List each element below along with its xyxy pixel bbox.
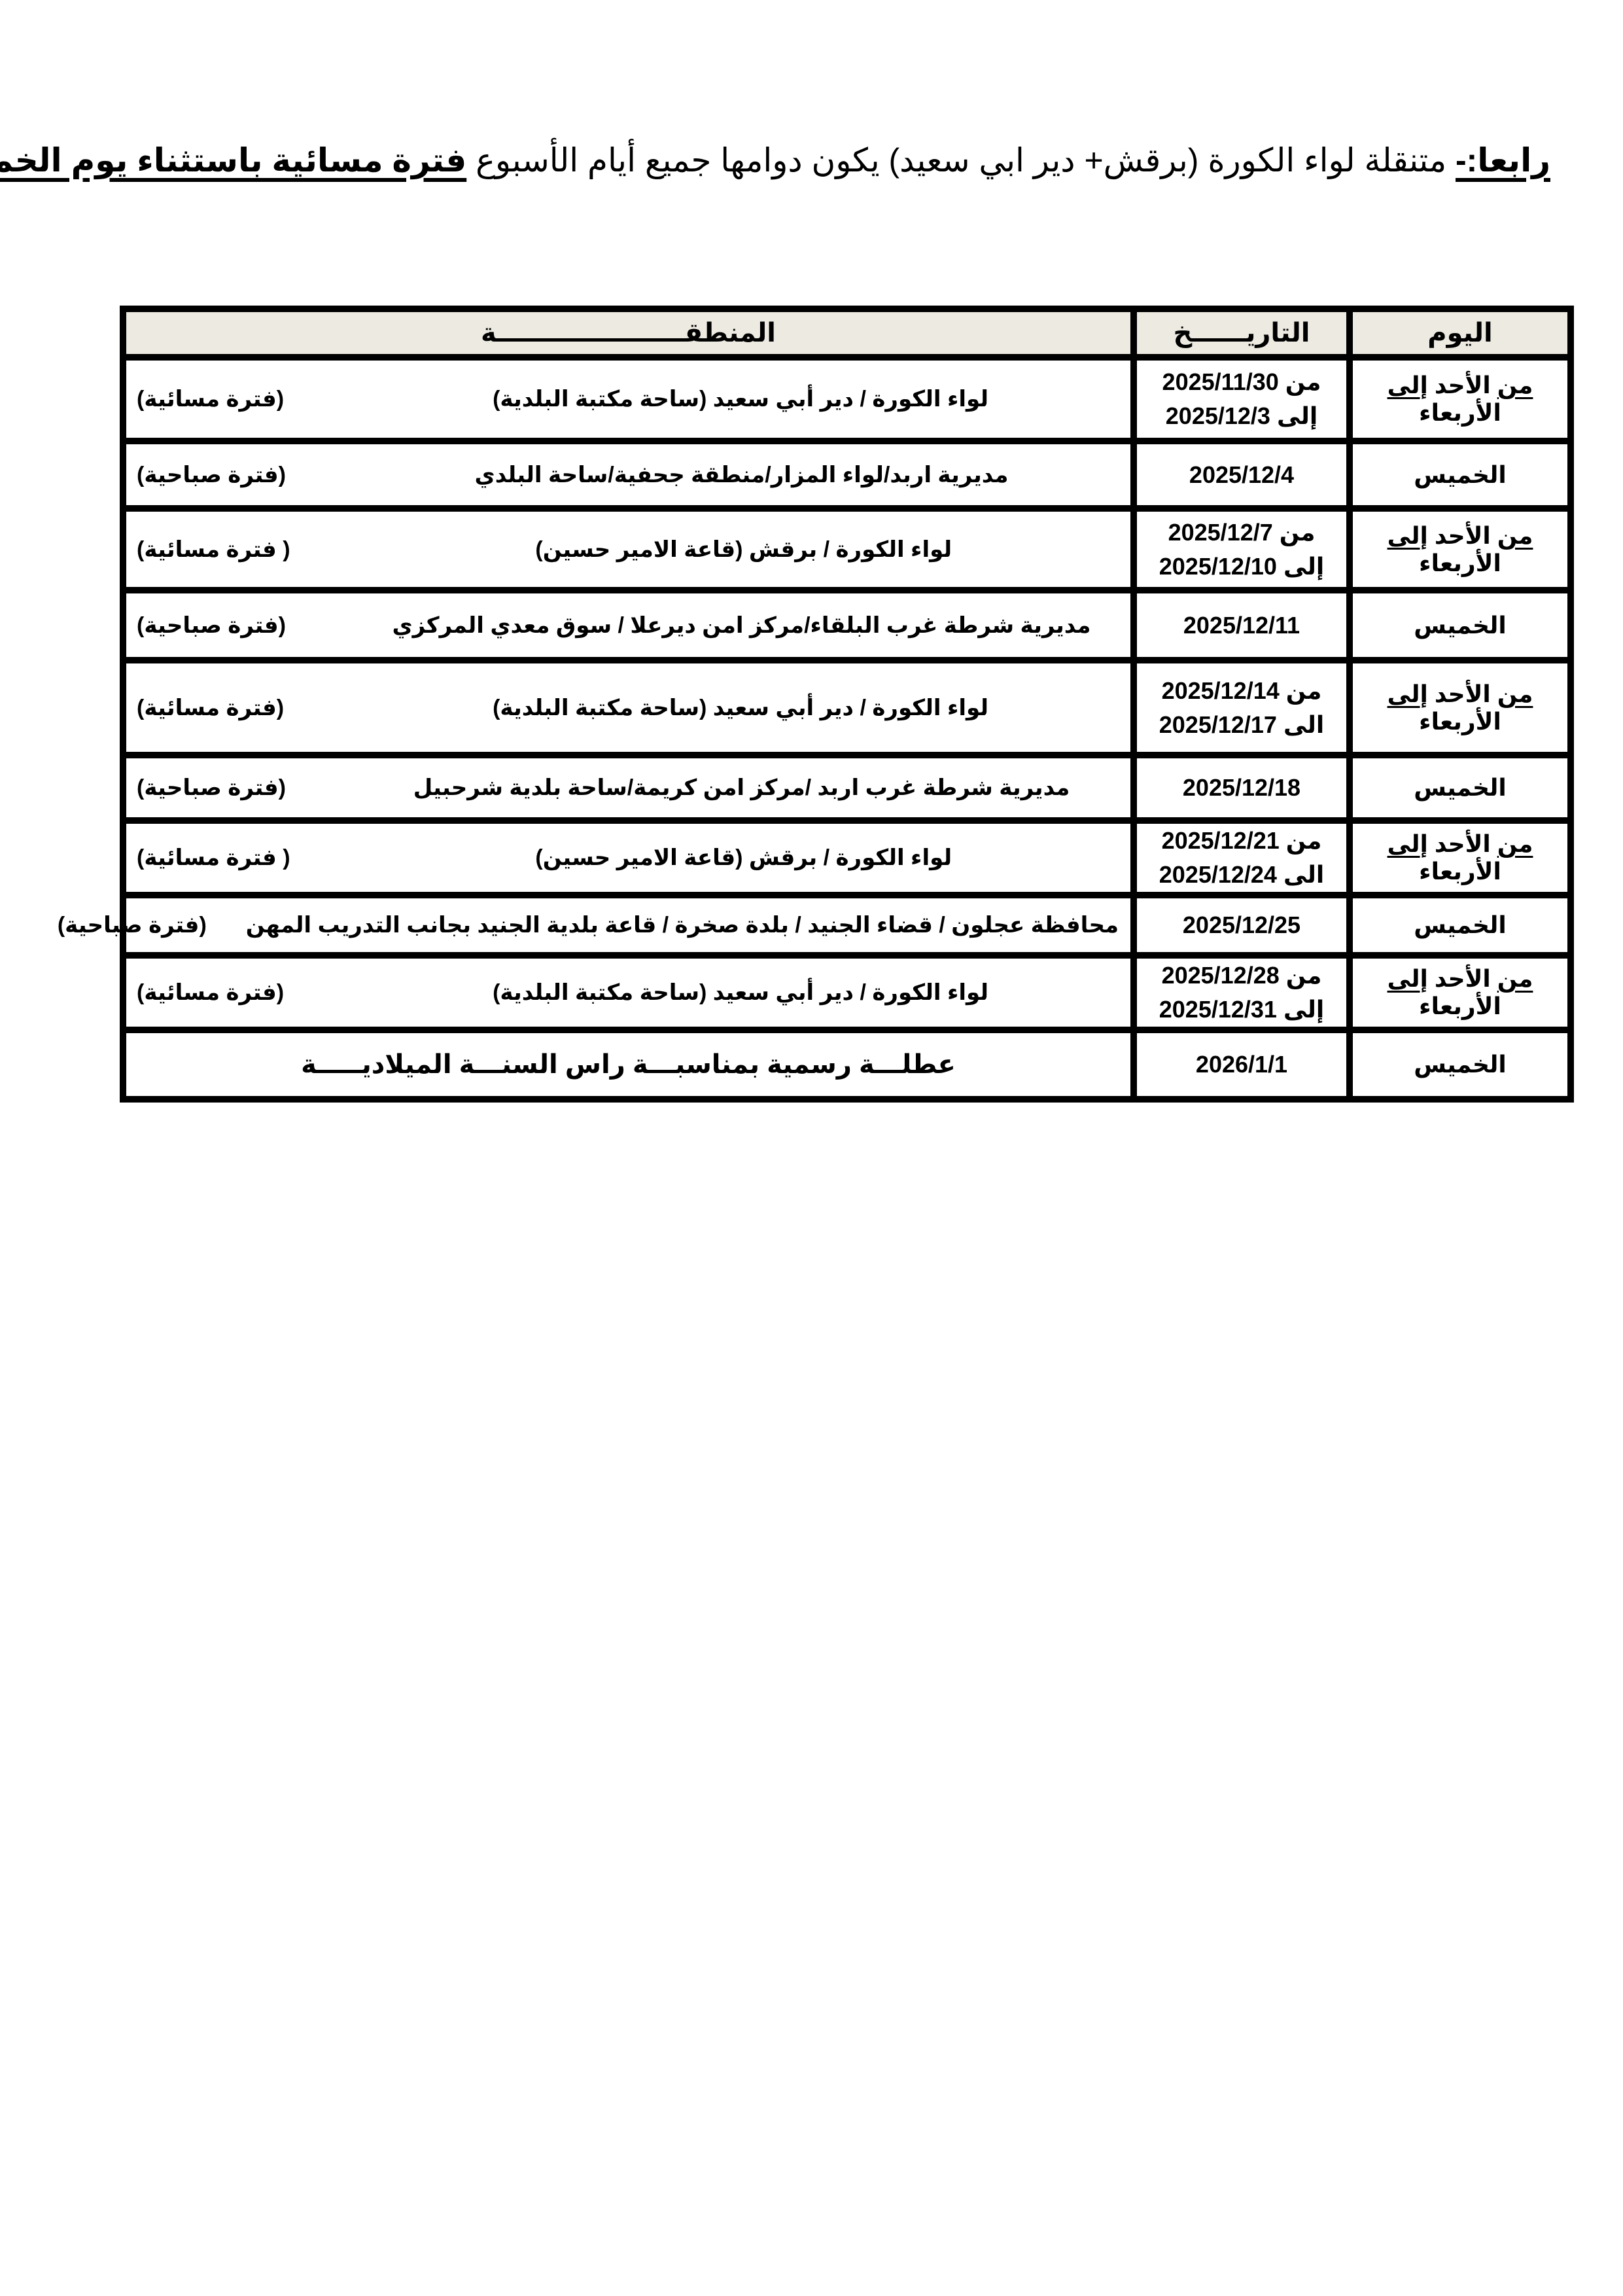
date-cell: 2025/12/11 (1134, 590, 1350, 660)
schedule-table: اليوم التاريــــــخ المنطقــــــــــــــ… (120, 306, 1574, 1103)
region-cell: لواء الكورة / دير أبي سعيد (ساحة مكتبة ا… (123, 357, 1134, 441)
day-cell: الخميس (1350, 441, 1571, 508)
day-cell: من الأحد إلى الأربعاء (1350, 660, 1571, 755)
period-label: (فترة صباحية) (137, 612, 286, 639)
region-text: لواء الكورة / دير أبي سعيد (ساحة مكتبة ا… (284, 980, 1119, 1006)
section-number-label: رابعا:- (1456, 142, 1550, 179)
header-day: اليوم (1350, 309, 1571, 357)
day-cell: من الأحد إلى الأربعاء (1350, 357, 1571, 441)
table-row: الخميس 2025/12/11 مديرية شرطة غرب البلقا… (123, 590, 1571, 660)
date-cell: 2025/12/25 (1134, 895, 1350, 955)
section-heading-emphasis: فترة مسائية باستثناء يوم الخميس فترة صبا… (0, 142, 466, 179)
region-text: لواء الكورة / دير أبي سعيد (ساحة مكتبة ا… (284, 695, 1119, 721)
table-row: الخميس 2025/12/18 مديرية شرطة غرب اربد /… (123, 755, 1571, 821)
region-text: لواء الكورة / دير أبي سعيد (ساحة مكتبة ا… (284, 386, 1119, 412)
region-text: لواء الكورة / برقش (قاعة الامير حسين) (290, 845, 1119, 871)
table-row: الخميس 2026/1/1 عطلـــة رسمية بمناسبـــة… (123, 1030, 1571, 1099)
table-row: الخميس 2025/12/25 محافظة عجلون / قضاء ال… (123, 895, 1571, 955)
day-cell: الخميس (1350, 755, 1571, 821)
region-cell: مديرية اربد/لواء المزار/منطقة جحفية/ساحة… (123, 441, 1134, 508)
period-label: (فترة مسائية) (137, 980, 284, 1006)
date-cell: من 2025/12/21 الى 2025/12/24 (1134, 821, 1350, 895)
region-cell: لواء الكورة / برقش (قاعة الامير حسين) ( … (123, 821, 1134, 895)
region-text: مديرية اربد/لواء المزار/منطقة جحفية/ساحة… (286, 462, 1119, 488)
day-cell: من الأحد إلى الأربعاء (1350, 955, 1571, 1030)
date-cell: من 2025/12/7 إلى 2025/12/10 (1134, 508, 1350, 590)
region-text: لواء الكورة / برقش (قاعة الامير حسين) (290, 537, 1119, 563)
region-text: محافظة عجلون / قضاء الجنيد / بلدة صخرة /… (207, 912, 1119, 938)
period-label: (فترة صباحية) (137, 775, 286, 801)
table-row: من الأحد إلى الأربعاء من 2025/12/7 إلى 2… (123, 508, 1571, 590)
date-cell: من 2025/11/30 إلى 2025/12/3 (1134, 357, 1350, 441)
day-cell: الخميس (1350, 590, 1571, 660)
region-cell: محافظة عجلون / قضاء الجنيد / بلدة صخرة /… (123, 895, 1134, 955)
day-cell: الخميس (1350, 895, 1571, 955)
date-cell: 2026/1/1 (1134, 1030, 1350, 1099)
region-cell: مديرية شرطة غرب البلقاء/مركز امن ديرعلا … (123, 590, 1134, 660)
day-cell: من الأحد إلى الأربعاء (1350, 508, 1571, 590)
holiday-notice: عطلـــة رسمية بمناسبـــة راس السنـــة ال… (301, 1050, 956, 1079)
header-region: المنطقـــــــــــــــــــــة (123, 309, 1134, 357)
table-row: من الأحد إلى الأربعاء من 2025/12/14 الى … (123, 660, 1571, 755)
day-cell: من الأحد إلى الأربعاء (1350, 821, 1571, 895)
date-cell: 2025/12/18 (1134, 755, 1350, 821)
period-label: (فترة صباحية) (137, 462, 286, 488)
date-cell: من 2025/12/28 إلى 2025/12/31 (1134, 955, 1350, 1030)
period-label: (فترة مسائية) (137, 386, 284, 412)
region-text: مديرية شرطة غرب البلقاء/مركز امن ديرعلا … (286, 612, 1119, 639)
table-row: من الأحد إلى الأربعاء من 2025/11/30 إلى … (123, 357, 1571, 441)
region-cell: مديرية شرطة غرب اربد /مركز امن كريمة/ساح… (123, 755, 1134, 821)
table-row: من الأحد إلى الأربعاء من 2025/12/28 إلى … (123, 955, 1571, 1030)
table-header-row: اليوم التاريــــــخ المنطقــــــــــــــ… (123, 309, 1571, 357)
period-label: ( فترة مسائية) (137, 537, 290, 563)
table-row: الخميس 2025/12/4 مديرية اربد/لواء المزار… (123, 441, 1571, 508)
period-label: ( فترة مسائية) (137, 845, 290, 871)
day-cell: الخميس (1350, 1030, 1571, 1099)
region-cell: لواء الكورة / برقش (قاعة الامير حسين) ( … (123, 508, 1134, 590)
date-cell: 2025/12/4 (1134, 441, 1350, 508)
header-date: التاريــــــخ (1134, 309, 1350, 357)
region-cell: لواء الكورة / دير أبي سعيد (ساحة مكتبة ا… (123, 660, 1134, 755)
section-heading-body: متنقلة لواء الكورة (برقش+ دير ابي سعيد) … (466, 142, 1456, 179)
section-heading: رابعا:- متنقلة لواء الكورة (برقش+ دير اب… (26, 134, 1550, 186)
date-cell: من 2025/12/14 الى 2025/12/17 (1134, 660, 1350, 755)
period-label: (فترة صباحية) (58, 912, 207, 938)
region-text: مديرية شرطة غرب اربد /مركز امن كريمة/ساح… (286, 775, 1119, 801)
period-label: (فترة مسائية) (137, 695, 284, 721)
holiday-cell: عطلـــة رسمية بمناسبـــة راس السنـــة ال… (123, 1030, 1134, 1099)
region-cell: لواء الكورة / دير أبي سعيد (ساحة مكتبة ا… (123, 955, 1134, 1030)
table-row: من الأحد إلى الأربعاء من 2025/12/21 الى … (123, 821, 1571, 895)
